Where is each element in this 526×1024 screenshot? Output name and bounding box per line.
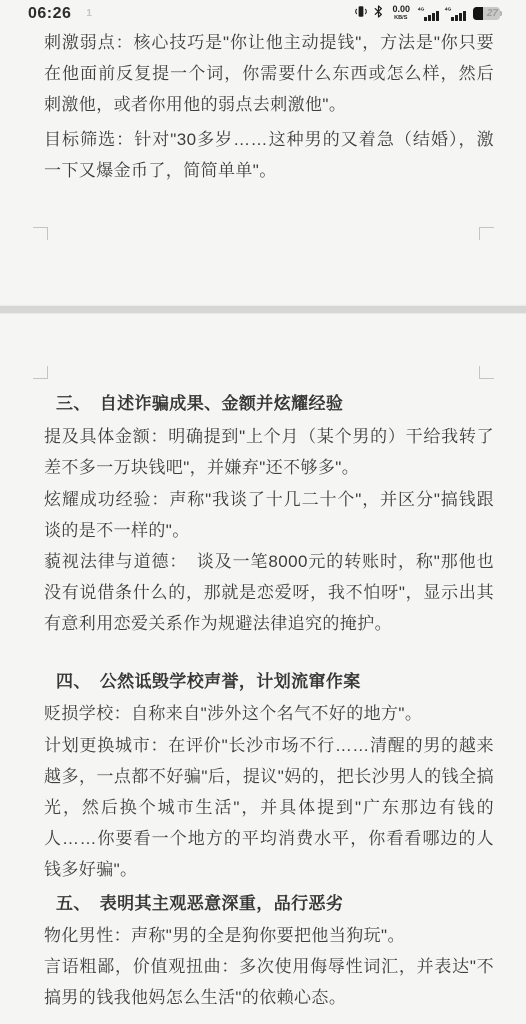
paragraph-vulgar-language: 言语粗鄙，价值观扭曲：多次使用侮辱性词汇，并表达"不搞男的钱我他妈怎么生活"的依… bbox=[44, 951, 494, 1013]
status-bar: 06:26 1 0.00 KB/S 4G bbox=[0, 0, 526, 24]
page-corner-mark bbox=[479, 227, 494, 240]
network-speed-value: 0.00 bbox=[392, 5, 410, 14]
page-corner-mark bbox=[33, 366, 48, 379]
page-corner-mark bbox=[33, 227, 48, 240]
paragraph-brag-experience: 炫耀成功经验：声称"我谈了十几二十个"，并区分"搞钱跟谈的是不一样的"。 bbox=[44, 484, 494, 546]
paragraph-defy-law-morals: 藐视法律与道德： 谈及一笔8000元的转账时，称"那他也没有说借条什么的，那就是… bbox=[44, 546, 494, 639]
paragraph-stimulate-weakness: 刺激弱点：核心技巧是"你让他主动提钱"，方法是"你只要在他面前反复提一个词，你需… bbox=[44, 27, 494, 120]
signal-bars-icon-sim1: 4G bbox=[419, 6, 439, 22]
battery-icon: 27 bbox=[473, 7, 502, 20]
clock: 06:26 bbox=[28, 5, 71, 23]
section-5-heading: 五、 表明其主观恶意深重，品行恶劣 bbox=[56, 888, 494, 919]
battery-nub bbox=[500, 11, 502, 16]
paragraph-objectify-men: 物化男性：声称"男的全是狗你要把他当狗玩"。 bbox=[44, 920, 494, 951]
paragraph-disparage-school: 贬损学校：自称来自"涉外这个名气不好的地方"。 bbox=[44, 698, 494, 729]
section-4-heading: 四、 公然诋毁学校声誉，计划流窜作案 bbox=[56, 666, 494, 697]
network-speed-unit: KB/S bbox=[395, 15, 408, 21]
page-corner-mark bbox=[479, 366, 494, 379]
battery-body: 27 bbox=[473, 7, 500, 20]
paragraph-target-screening: 目标筛选：针对"30多岁……这种男的又着急（结婚），激一下又爆金币了，简简单单"… bbox=[44, 124, 494, 186]
bluetooth-icon bbox=[374, 5, 383, 23]
page-break-divider bbox=[0, 306, 526, 313]
signal-bars-icon-sim2: 4G bbox=[446, 6, 466, 22]
status-bar-left: 06:26 1 bbox=[28, 5, 92, 23]
signal-bars bbox=[424, 11, 439, 21]
battery-percent: 27 bbox=[487, 8, 498, 19]
notification-badge-icon: 1 bbox=[86, 8, 92, 19]
paragraph-change-city-plan: 计划更换城市：在评价"长沙市场不行……清醒的男的越来越多，一点都不好骗"后，提议… bbox=[44, 730, 494, 885]
status-bar-right: 0.00 KB/S 4G 4G 27 bbox=[355, 5, 502, 23]
signal-bars bbox=[451, 11, 466, 21]
battery-fill bbox=[473, 7, 483, 20]
section-3-heading: 三、 自述诈骗成果、金额并炫耀经验 bbox=[56, 388, 494, 419]
network-speed-indicator: 0.00 KB/S bbox=[390, 5, 412, 22]
paragraph-specific-amounts: 提及具体金额：明确提到"上个月（某个男的）干给我转了差不多一万块钱吧"，并嫌弃"… bbox=[44, 421, 494, 483]
screen: 06:26 1 0.00 KB/S 4G bbox=[0, 0, 526, 1024]
vibrate-icon bbox=[355, 5, 367, 23]
